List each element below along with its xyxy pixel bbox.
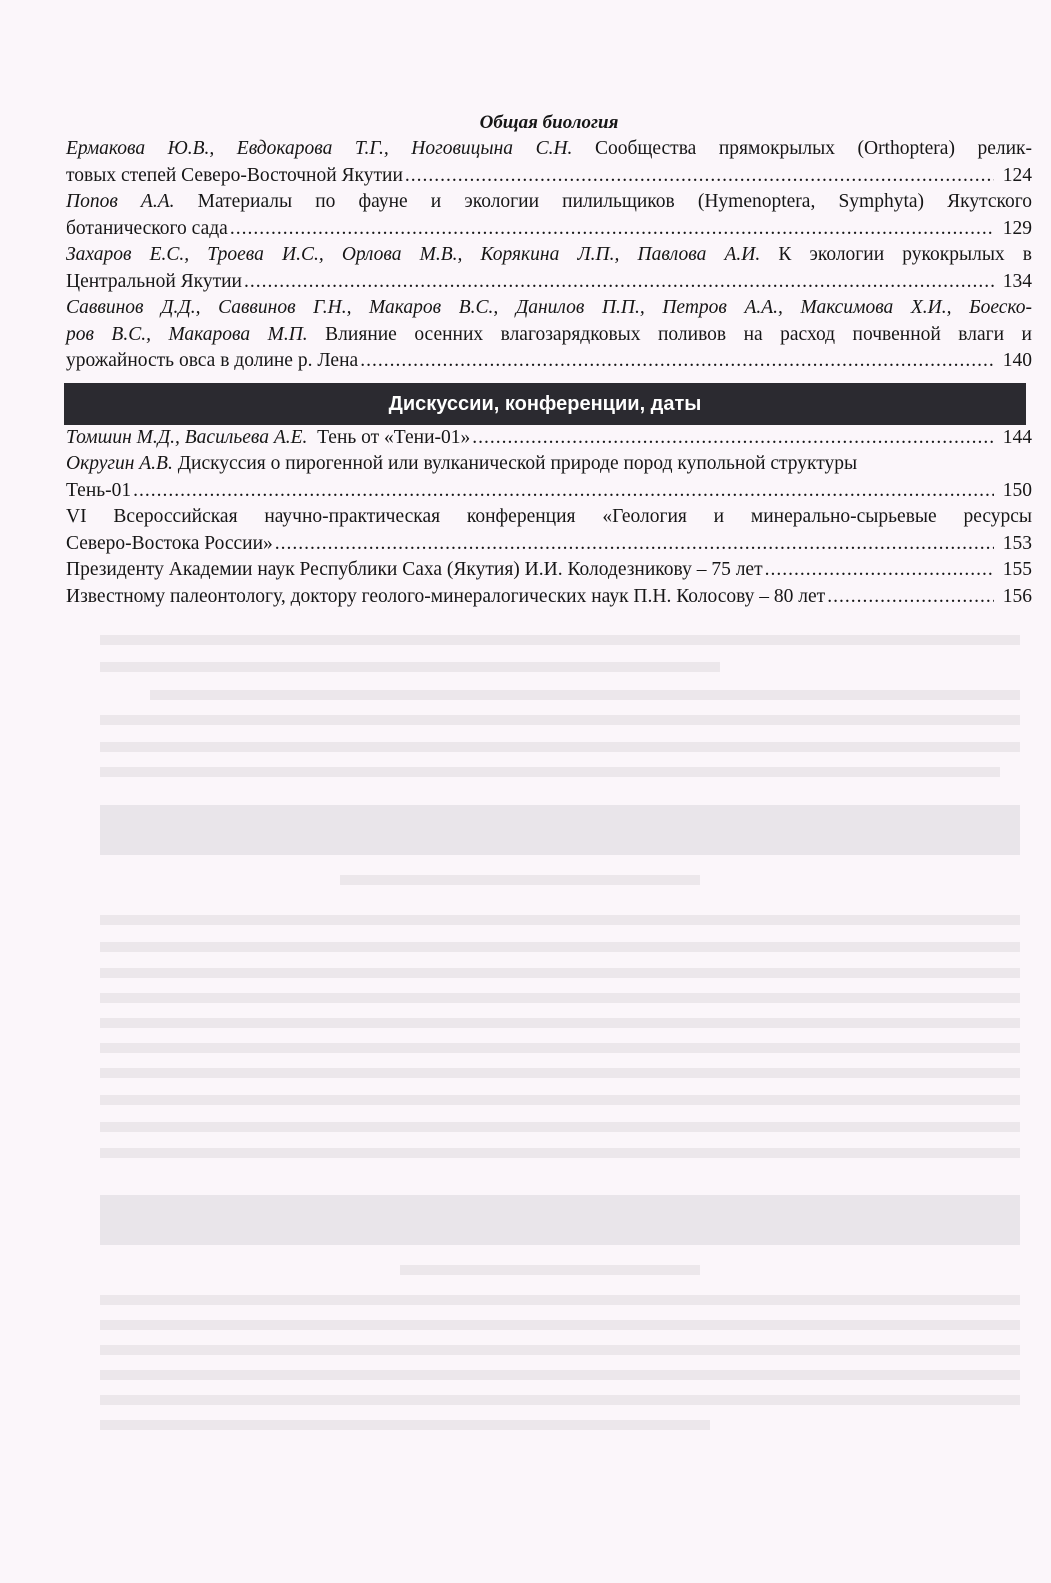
toc-entry-authors: Ермакова Ю.В., Евдокарова Т.Г., Ноговицы…	[66, 138, 572, 159]
dot-leader	[405, 163, 994, 190]
dot-leader	[827, 584, 994, 611]
dot-leader	[765, 557, 994, 584]
toc-entry-page: 144	[998, 425, 1032, 452]
toc-entry-page: 129	[998, 216, 1032, 243]
toc-entry-last-line: ботанического сада129	[66, 216, 1032, 243]
toc-entry[interactable]: Захаров Е.С., Троева И.С., Орлова М.В., …	[66, 242, 1032, 295]
toc-entry-line: VI Всероссийская научно-практическая кон…	[66, 504, 1032, 531]
toc-entry-title-end: Центральной Якутии	[66, 269, 242, 296]
table-of-contents: Общая биология Ермакова Ю.В., Евдокарова…	[66, 110, 1032, 610]
toc-entry-page: 140	[998, 348, 1032, 375]
dot-leader	[133, 478, 994, 505]
bleed-through-text	[100, 1095, 1020, 1105]
toc-entry[interactable]: Известному палеонтологу, доктору геолого…	[66, 584, 1032, 611]
dot-leader	[230, 216, 994, 243]
dot-leader	[244, 269, 994, 296]
bleed-through-text	[100, 662, 720, 672]
toc-entry-page: 150	[998, 478, 1032, 505]
toc-entry-title: К экологии рукокрылых в	[778, 244, 1032, 265]
bleed-through-text	[100, 1345, 1020, 1355]
bleed-through-text	[100, 742, 1020, 752]
toc-entry-page: 124	[998, 163, 1032, 190]
bleed-through-text	[100, 1395, 1020, 1405]
toc-entry-authors: Саввинов Д.Д., Саввинов Г.Н., Макаров В.…	[66, 297, 1032, 318]
bleed-through-text	[100, 635, 1020, 645]
toc-entry[interactable]: Президенту Академии наук Республики Саха…	[66, 557, 1032, 584]
toc-entry-page: 134	[998, 269, 1032, 296]
bleed-through-text	[100, 1122, 1020, 1132]
bleed-through-text	[100, 767, 1000, 777]
bleed-through-text	[100, 1018, 1020, 1028]
toc-entry-last-line: Томшин М.Д., Васильева А.Е. Тень от «Тен…	[66, 425, 1032, 452]
bleed-through-text	[100, 1420, 710, 1430]
toc-entry-last-line: урожайность овса в долине р. Лена140	[66, 348, 1032, 375]
toc-entry-line: Округин А.В. Дискуссия о пирогенной или …	[66, 451, 1032, 478]
toc-entry[interactable]: Попов А.А. Материалы по фауне и экологии…	[66, 189, 1032, 242]
toc-entry-title: Материалы по фауне и экологии пилильщико…	[198, 191, 1032, 212]
toc-entry[interactable]: Ермакова Ю.В., Евдокарова Т.Г., Ноговицы…	[66, 136, 1032, 189]
bleed-through-text	[100, 942, 1020, 952]
toc-entry-last-line: Центральной Якутии134	[66, 269, 1032, 296]
bleed-through-text	[150, 690, 1020, 700]
section-title-discussions: Дискуссии, конференции, даты	[64, 383, 1026, 425]
toc-entry-page: 153	[998, 531, 1032, 558]
dot-leader	[275, 531, 994, 558]
document-page: Общая биология Ермакова Ю.В., Евдокарова…	[0, 0, 1051, 1583]
toc-entry-page: 156	[998, 584, 1032, 611]
toc-entry[interactable]: Томшин М.Д., Васильева А.Е. Тень от «Тен…	[66, 425, 1032, 452]
bleed-through-text	[100, 715, 1020, 725]
toc-entry[interactable]: VI Всероссийская научно-практическая кон…	[66, 504, 1032, 557]
toc-entry-title: Тень от «Тени-01»	[317, 427, 470, 448]
toc-entry-last-line: товых степей Северо-Восточной Якутии124	[66, 163, 1032, 190]
toc-entry-last-line: Президенту Академии наук Республики Саха…	[66, 557, 1032, 584]
dot-leader	[472, 425, 994, 452]
toc-entry-line: Ермакова Ю.В., Евдокарова Т.Г., Ноговицы…	[66, 136, 1032, 163]
dot-leader	[360, 348, 994, 375]
bleed-through-text	[100, 993, 1020, 1003]
toc-entry-title-end: ботанического сада	[66, 216, 228, 243]
toc-entry-line: ров В.С., Макарова М.П. Влияние осенних …	[66, 322, 1032, 349]
toc-entry[interactable]: Саввинов Д.Д., Саввинов Г.Н., Макаров В.…	[66, 295, 1032, 375]
bleed-through-text	[100, 1320, 1020, 1330]
toc-entry-authors-cont: ров В.С., Макарова М.П.	[66, 324, 308, 345]
toc-entry-title: Дискуссия о пирогенной или вулканической…	[178, 453, 857, 474]
toc-entry-title-end: Томшин М.Д., Васильева А.Е. Тень от «Тен…	[66, 425, 470, 452]
bleed-through-text	[100, 968, 1020, 978]
toc-entry-title-end: Тень-01	[66, 478, 131, 505]
bleed-through-band	[100, 1195, 1020, 1245]
toc-entry-page: 155	[998, 557, 1032, 584]
toc-entry-title-end: Известному палеонтологу, доктору геолого…	[66, 584, 825, 611]
bleed-through-text	[100, 1370, 1020, 1380]
toc-entry-title: Влияние осенних влагозарядковых поливов …	[325, 324, 1032, 345]
toc-entry-last-line: Тень-01150	[66, 478, 1032, 505]
bleed-through-text	[100, 1043, 1020, 1053]
bleed-through-band	[100, 805, 1020, 855]
section-title-general-biology: Общая биология	[66, 110, 1032, 136]
bleed-through-text	[100, 1068, 1020, 1078]
bleed-through-text	[400, 1265, 700, 1275]
bleed-through-text	[100, 1148, 1020, 1158]
toc-entry-authors: Попов А.А.	[66, 191, 175, 212]
toc-entry-last-line: Известному палеонтологу, доктору геолого…	[66, 584, 1032, 611]
bleed-through-text	[100, 915, 1020, 925]
toc-entry-line: Саввинов Д.Д., Саввинов Г.Н., Макаров В.…	[66, 295, 1032, 322]
bleed-through-text	[340, 875, 700, 885]
bleed-through-text	[100, 1295, 1020, 1305]
toc-entry-authors: Захаров Е.С., Троева И.С., Орлова М.В., …	[66, 244, 760, 265]
toc-entry-last-line: Северо-Востока России»153	[66, 531, 1032, 558]
toc-entry-line: Попов А.А. Материалы по фауне и экологии…	[66, 189, 1032, 216]
toc-entry-line: Захаров Е.С., Троева И.С., Орлова М.В., …	[66, 242, 1032, 269]
toc-entry-title-end: Северо-Востока России»	[66, 531, 273, 558]
toc-entry[interactable]: Округин А.В. Дискуссия о пирогенной или …	[66, 451, 1032, 504]
toc-entry-authors: Томшин М.Д., Васильева А.Е.	[66, 427, 307, 448]
toc-entry-title-end: товых степей Северо-Восточной Якутии	[66, 163, 403, 190]
toc-entry-title-end: Президенту Академии наук Республики Саха…	[66, 557, 763, 584]
toc-entry-title: Сообщества прямокрылых (Orthoptera) рели…	[595, 138, 1032, 159]
toc-entry-authors: Округин А.В.	[66, 453, 173, 474]
toc-entry-title-end: урожайность овса в долине р. Лена	[66, 348, 358, 375]
